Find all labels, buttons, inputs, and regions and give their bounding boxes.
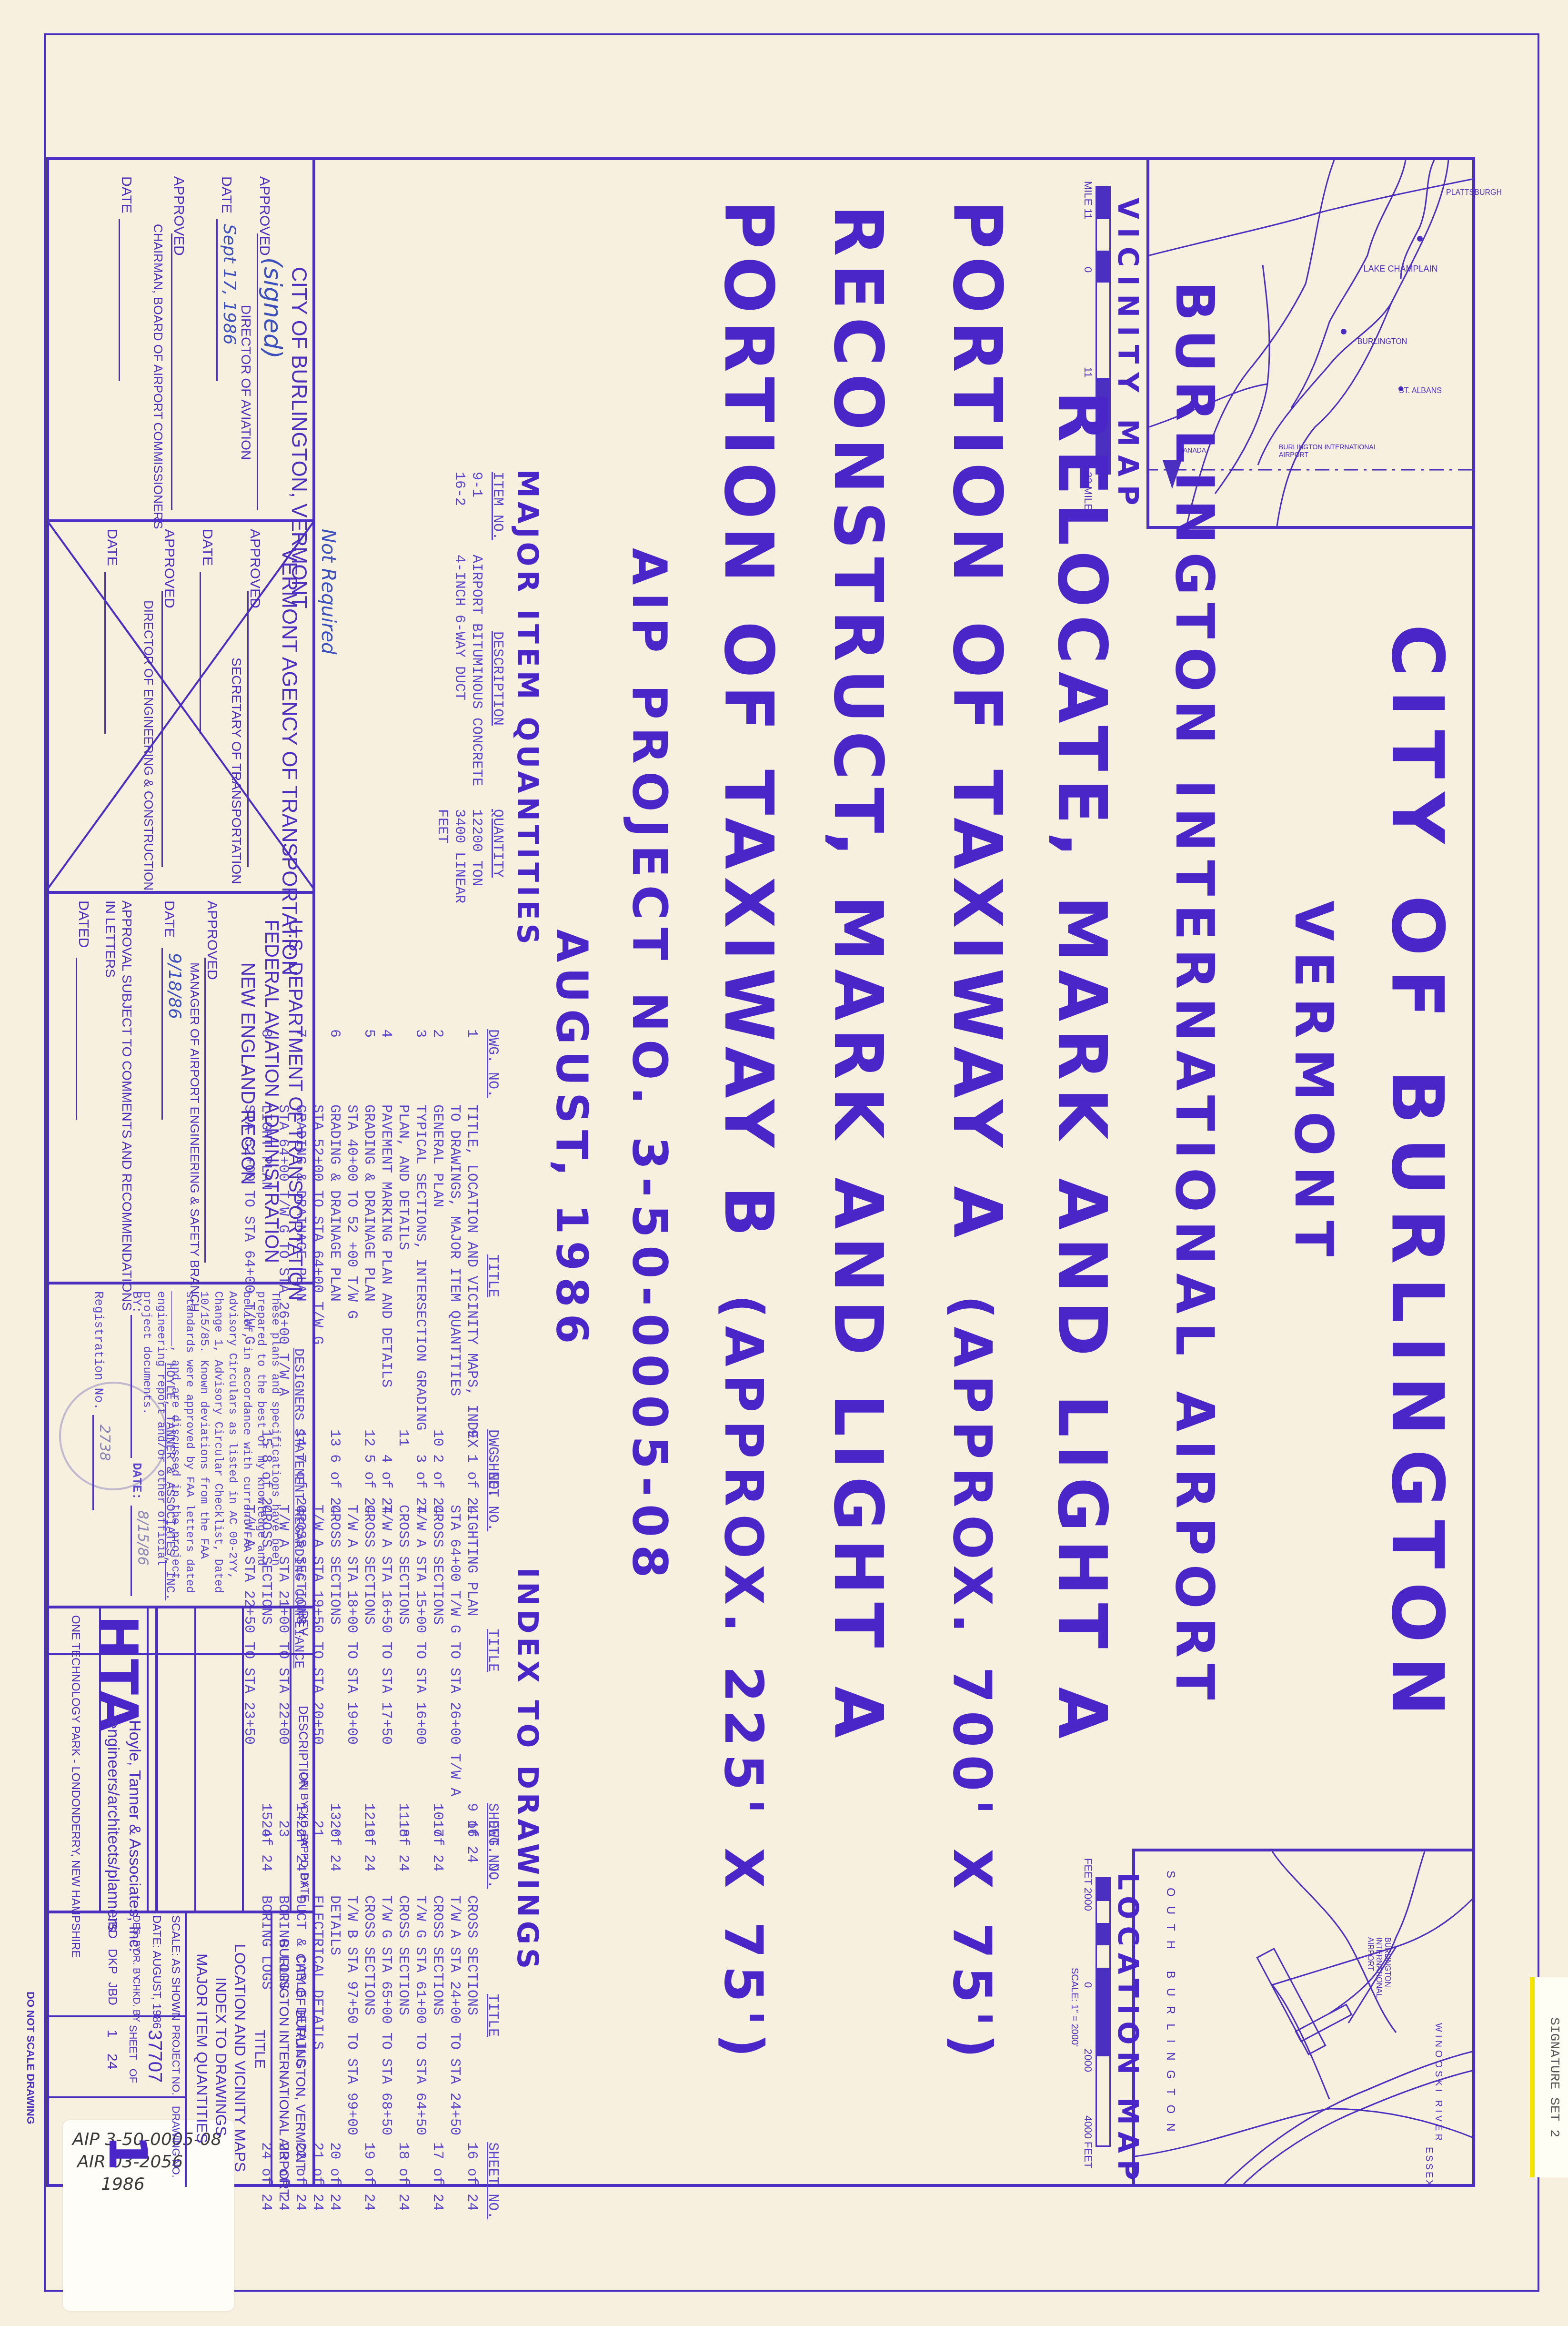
rev-row-line — [242, 1606, 244, 1911]
major-items-header-row: ITEM NO. DESCRIPTION QUANTITY — [485, 472, 506, 910]
title-project-number: AIP PROJECT NO. 3-50-0005-08 — [622, 548, 677, 1586]
cell-dwg: 4 — [377, 1029, 394, 1104]
faa-approved-line — [204, 958, 206, 1263]
location-scale-mid: 2000 — [1082, 2049, 1094, 2072]
city-date-label: DATE — [218, 176, 234, 213]
map-label-lake-champlain: LAKE CHAMPLAIN — [1363, 264, 1437, 274]
city-approved-label: APPROVED — [256, 176, 272, 256]
tb-project-no: 37707 — [144, 2030, 165, 2083]
cell-title: GENERAL PLAN — [429, 1104, 446, 1454]
rev-dr-by-header: DR. BY — [298, 1772, 311, 1807]
vtrans-date-label: DATE — [199, 529, 215, 566]
table-row: 10CROSS SECTIONS T/W A STA 15+00 TO STA … — [412, 1429, 446, 1887]
vicinity-scale-left: MILE 11 — [1082, 181, 1094, 219]
compliance-date-line — [131, 1506, 132, 1596]
cell-dwg: 5 — [343, 1029, 377, 1104]
cell-title: TYPICAL SECTIONS, INTERSECTION GRADING P… — [394, 1104, 429, 1454]
map-label-south-burlington: SOUTH BURLINGTON — [1164, 1871, 1177, 2141]
tb-title-line — [185, 1911, 187, 2187]
col-item-no: ITEM NO. — [485, 472, 506, 555]
hta-logo: HTA — [88, 1615, 149, 1731]
cell-item: 9-1 — [468, 472, 485, 555]
city-approved2-label: APPROVED — [171, 176, 187, 256]
approval-divider-5 — [46, 1911, 315, 1913]
title-state: VERMONT — [1283, 900, 1344, 1267]
vtrans-date2-line — [104, 572, 106, 734]
firm-tagline: engineers/architects/planners — [104, 1720, 122, 1932]
approval-divider-3 — [46, 1282, 315, 1284]
title-city: CITY OF BURLINGTON — [1376, 624, 1458, 1729]
col-description: DESCRIPTION — [485, 555, 506, 809]
tb-of-label: OF — [127, 2069, 139, 2083]
vtrans-date2-label: DATE — [104, 529, 120, 566]
tb-sheet-labels: SHEET OF — [127, 2025, 139, 2083]
faa-dated-label: DATED — [75, 900, 91, 948]
cell-dwg: 20 — [326, 1820, 343, 1895]
faa-date-line — [161, 948, 163, 1120]
table-row: 11CROSS SECTIONS T/W A STA 16+50 TO STA … — [377, 1429, 412, 1887]
faa-approval-note-2: IN LETTERS — [102, 900, 118, 978]
engineer-seal-icon — [59, 1382, 168, 1490]
vtrans-approved2-role: DIRECTOR OF ENGINEERING & CONSTRUCTION — [141, 600, 156, 890]
tb-drawing-no-label: DRAWING NO. — [170, 2106, 182, 2178]
cell-dwg: 19 — [343, 1820, 377, 1895]
title-taxiway-a: PORTION OF TAXIWAY A — [938, 200, 1015, 1245]
cell-title: CROSS SECTIONS T/W A STA 15+00 TO STA 16… — [412, 1505, 446, 1803]
location-scale-text: SCALE: 1" = 2000' — [1069, 1968, 1080, 2047]
compliance-by-label: BY: — [130, 1291, 144, 1314]
rev-date-header: DATE — [297, 1872, 311, 1902]
cell-title: GRADING & DRAINAGE PLAN STA 40+00 TO 52 … — [343, 1104, 377, 1454]
tb-sheet-values: 1 24 — [104, 2030, 120, 2069]
cell-sheet: 18 of 24 — [377, 2142, 412, 2226]
tb-title-line-3: MAJOR ITEM QUANTITIES — [193, 1953, 211, 2143]
cell-title: LIGHTING PLAN STA 64+00 T/W G TO STA 26+… — [446, 1505, 480, 1803]
table-row: 9LIGHTING PLAN STA 64+00 T/W G TO STA 26… — [446, 1429, 480, 1887]
location-map-drawing — [1135, 1851, 1472, 2184]
cell-title: CROSS SECTIONS T/W A STA 24+00 TO STA 24… — [446, 1895, 480, 2142]
tb-col-divider-2 — [46, 2096, 187, 2098]
vtrans-approved-label: APPROVED — [247, 529, 263, 608]
title-taxiway-a-dims: (APPROX. 700' X 75') — [942, 1295, 1003, 2066]
vtrans-approved-role: SECRETARY OF TRANSPORTATION — [229, 657, 244, 884]
compliance-date-value: 8/15/86 — [134, 1510, 151, 1566]
tb-sheet-of: 24 — [104, 2053, 120, 2069]
cell-sheet: 16 of 24 — [446, 2142, 480, 2226]
col-title: TITLE — [480, 1505, 501, 1803]
location-map-frame: SOUTH BURLINGTON BURLINGTON INTERNATIONA… — [1132, 1849, 1475, 2187]
approval-strip-divider — [312, 157, 315, 2187]
rev-header: REV. — [291, 1606, 315, 1653]
location-scale-zero: 0 — [1082, 1982, 1094, 1988]
table-row: 21ELECTRICAL DETAILS21 of 24 — [309, 1820, 326, 2226]
location-scale-right: 4000 FEET — [1082, 2115, 1094, 2168]
vtrans-date-line — [200, 572, 201, 734]
tb-title-line-1: LOCATION AND VICINITY MAPS — [231, 1944, 249, 2172]
signature-set-label: SIGNATURE SET 2 — [1547, 1977, 1568, 2177]
cell-item: 16-2 — [433, 472, 468, 555]
tb-date-label: DATE: — [150, 1915, 163, 1948]
tb-sheet-label: SHEET — [127, 2025, 139, 2060]
tb-client-airport: BURLINGTON INTERNATIONAL AIRPORT — [276, 1939, 291, 2197]
faa-date-value: 9/18/86 — [165, 953, 184, 1019]
faa-dated-line — [76, 958, 77, 1120]
drawing-sheet: AIP 3-50-0005-08 AIR 03-2056 1986 — [0, 0, 1568, 2326]
table-row: 18CROSS SECTIONS T/W G STA 65+00 TO STA … — [377, 1820, 412, 2226]
tb-chkd-by: JBD — [105, 1982, 120, 2005]
city-date2-label: DATE — [118, 176, 134, 213]
tb-drawing-no: 1 — [97, 2134, 158, 2171]
table-row: 12CROSS SECTIONS T/W A STA 18+00 TO STA … — [343, 1429, 377, 1887]
faa-title-region: NEW ENGLAND REGION — [237, 962, 258, 1185]
location-map-title: LOCATION MAP — [1112, 1872, 1144, 2186]
tb-scale-label: SCALE: — [169, 1915, 182, 1956]
col-dwg: DWG. NO. — [480, 1429, 501, 1505]
map-label-winooski-river: WINOOSKI RIVER — [1433, 2023, 1444, 2144]
tb-dr-by: DKP — [105, 1949, 120, 1974]
cell-dwg: 16 — [446, 1820, 480, 1895]
col-sheet: SHEET NO. — [480, 2142, 501, 2226]
map-label-airport: BURLINGTON INTERNATIONAL AIRPORT — [1279, 443, 1403, 458]
tb-scale-value: AS SHOWN — [169, 1959, 182, 2021]
rev-row-line — [194, 1606, 196, 1911]
title-portion-a-line: PORTION OF TAXIWAY A (APPROX. 700' X 75'… — [938, 200, 1015, 2066]
title-taxiway-b-dims: (APPROX. 225' X 75') — [713, 1294, 774, 2065]
tb-dr-by-label: DR. BY — [131, 1949, 141, 1981]
cell-dwg: 17 — [412, 1820, 446, 1895]
cell-desc: AIRPORT BITUMINOUS CONCRETE — [468, 555, 485, 809]
tb-date: DATE: AUGUST, 1986 — [150, 1915, 163, 2029]
map-label-airport: BURLINGTON INTERNATIONAL AIRPORT — [1366, 1937, 1391, 2018]
cell-title: TITLE, LOCATION AND VICINITY MAPS, INDEX… — [446, 1104, 480, 1454]
vtrans-title: VERMONT AGENCY OF TRANSPORTATION — [277, 548, 301, 975]
firm-divider — [155, 1606, 158, 1911]
cell-sheet: 17 of 24 — [412, 2142, 446, 2226]
cell-title: CROSS SECTIONS T/W G STA 65+00 TO STA 68… — [377, 1895, 412, 2142]
rev-col: REV. — [46, 1606, 315, 1653]
tb-title-line-2: INDEX TO DRAWINGS — [212, 1977, 230, 2136]
cell-desc: 4-INCH 6-WAY DUCT — [433, 555, 468, 809]
cell-title: CROSS SECTIONS T/W G STA 61+00 TO STA 64… — [412, 1895, 446, 2142]
city-signature: (signed) — [258, 257, 287, 359]
title-taxiway-b: PORTION OF TAXIWAY B — [709, 200, 787, 1244]
tb-client-city: CITY OF BURLINGTON, VERMONT — [293, 1953, 308, 2171]
tb-project-no-label: PROJECT NO. — [170, 2025, 182, 2095]
faa-approved-label: APPROVED — [204, 900, 220, 980]
faa-title-faa: FEDERAL AVIATION ADMINISTRATION — [261, 920, 282, 1263]
map-label-burlington: BURLINGTON — [1357, 338, 1407, 346]
tb-client-line — [271, 1911, 272, 2187]
city-approved2-line — [171, 233, 172, 510]
cell-title: CROSS SECTIONS T/W A STA 18+00 TO STA 19… — [343, 1505, 377, 1803]
faa-approval-note: APPROVAL SUBJECT TO COMMENTS AND RECOMME… — [119, 900, 134, 1311]
city-date-value: Sept 17, 1986 — [220, 224, 239, 345]
major-items-title: MAJOR ITEM QUANTITIES — [511, 469, 544, 948]
signature-set-tab: SIGNATURE SET 2 — [1530, 1977, 1568, 2177]
tb-col-divider — [46, 2015, 187, 2017]
cell-dwg: 3 — [394, 1029, 429, 1104]
vtrans-approved2-label: APPROVED — [161, 529, 177, 608]
city-date-line — [216, 219, 218, 381]
col-title: TITLE — [480, 1895, 501, 2142]
cell-dwg: 21 — [309, 1820, 326, 1895]
tb-des-by: JBD — [105, 1915, 120, 1939]
map-label-plattsburgh: PLATTSBURGH — [1446, 189, 1502, 197]
tb-sheet: 1 — [104, 2030, 120, 2038]
city-approved-role: DIRECTOR OF AVIATION — [238, 305, 253, 460]
city-date2-line — [119, 219, 120, 381]
cell-title: DETAILS — [326, 1895, 343, 2142]
title-airport: BURLINGTON INTERNATIONAL AIRPORT — [1164, 281, 1225, 1708]
approval-divider-2 — [46, 891, 315, 894]
cell-dwg: 23 — [274, 1820, 291, 1895]
vtrans-not-required-note: Not Required — [317, 529, 339, 655]
cell-dwg: 10 — [412, 1429, 446, 1505]
title-relocate-line: RELOCATE, MARK AND LIGHT A — [1043, 391, 1120, 1746]
tb-des-by-label: DES. BY — [131, 1915, 141, 1953]
crossed-out-x-icon — [46, 519, 315, 891]
cell-dwg: 12 — [343, 1429, 377, 1505]
index-title: INDEX TO DRAWINGS — [511, 1568, 544, 1972]
cell-dwg: 11 — [377, 1429, 412, 1505]
cell-dwg: 1 — [446, 1029, 480, 1104]
rev-divider — [46, 1653, 315, 1655]
sticker-year: 1986 — [63, 2172, 234, 2194]
table-row: 20DETAILS20 of 24 — [326, 1820, 343, 2226]
location-scale-left: FEET 2000 — [1082, 1858, 1094, 1911]
compliance-firm: HOYLE, TANNER & ASSOCIATES, INC. — [163, 1363, 177, 1600]
cell-dwg: 18 — [377, 1820, 412, 1895]
map-label-essex: ESSEX — [1423, 2147, 1434, 2188]
col-quantity: QUANTITY — [485, 809, 506, 910]
col-dwg: DWG. NO. — [480, 1820, 501, 1895]
cell-sheet: 19 of 24 — [343, 2142, 377, 2226]
vtrans-approved-line — [247, 591, 249, 867]
do-not-scale-note: DO NOT SCALE DRAWING — [24, 1992, 37, 2124]
firm-address: ONE TECHNOLOGY PARK - LONDONDERRY, NEW H… — [69, 1615, 82, 1958]
tb-scale: SCALE: AS SHOWN — [169, 1915, 182, 2021]
table-row: 17CROSS SECTIONS T/W G STA 61+00 TO STA … — [412, 1820, 446, 2226]
rev-header-line — [290, 1606, 291, 1911]
location-scale-bar — [1096, 1877, 1111, 2147]
vtrans-approved2-line — [161, 591, 163, 867]
title-date: AUGUST, 1986 — [546, 929, 596, 1350]
major-items-table: ITEM NO. DESCRIPTION QUANTITY 9-1 AIRPOR… — [433, 472, 506, 910]
cell-title: PAVEMENT MARKING PLAN AND DETAILS — [377, 1104, 394, 1454]
table-row: 19CROSS SECTIONS T/W B STA 97+50 TO STA … — [343, 1820, 377, 2226]
col-dwg: DWG. NO. — [480, 1029, 501, 1104]
table-row: 9-1 AIRPORT BITUMINOUS CONCRETE 12200 TO… — [468, 472, 485, 910]
table-row: 16-2 4-INCH 6-WAY DUCT 3400 LINEAR FEET — [433, 472, 468, 910]
cell-title: CROSS SECTIONS T/W B STA 97+50 TO STA 99… — [343, 1895, 377, 2142]
cell-dwg: 2 — [429, 1029, 446, 1104]
faa-approved-role: MANAGER OF AIRPORT ENGINEERING & SAFETY … — [187, 962, 202, 1312]
cell-dwg: 9 — [446, 1429, 480, 1505]
faa-title-dot: U.S. DEPARTMENT OF TRANSPORTATION — [284, 920, 306, 1300]
faa-date-label: DATE — [161, 900, 177, 938]
map-label-st-albans: ST. ALBANS — [1399, 387, 1442, 395]
title-reconstruct-line: RECONSTRUCT, MARK AND LIGHT A — [819, 205, 896, 1746]
cell-title: CROSS SECTIONS T/W A STA 16+50 TO STA 17… — [377, 1505, 412, 1803]
cell-qty: 12200 TON — [468, 809, 485, 910]
tb-title-label: TITLE — [251, 2030, 268, 2069]
title-portion-b-line: PORTION OF TAXIWAY B (APPROX. 225' X 75'… — [709, 200, 787, 2065]
vicinity-scale-zero: 0 — [1082, 267, 1094, 273]
cell-sheet: 20 of 24 — [326, 2142, 343, 2226]
vicinity-scale-mid: 11 — [1082, 367, 1094, 378]
cell-sheet: 21 of 24 — [309, 2142, 326, 2226]
cell-qty: 3400 LINEAR FEET — [433, 809, 468, 910]
cell-dwg: 24 — [257, 1820, 274, 1895]
city-approved2-role: CHAIRMAN, BOARD OF AIRPORT COMMISSIONERS — [151, 224, 165, 529]
col-title: TITLE — [480, 1104, 501, 1454]
table-row: 16CROSS SECTIONS T/W A STA 24+00 TO STA … — [446, 1820, 480, 2226]
cell-title: ELECTRICAL DETAILS — [309, 1895, 326, 2142]
